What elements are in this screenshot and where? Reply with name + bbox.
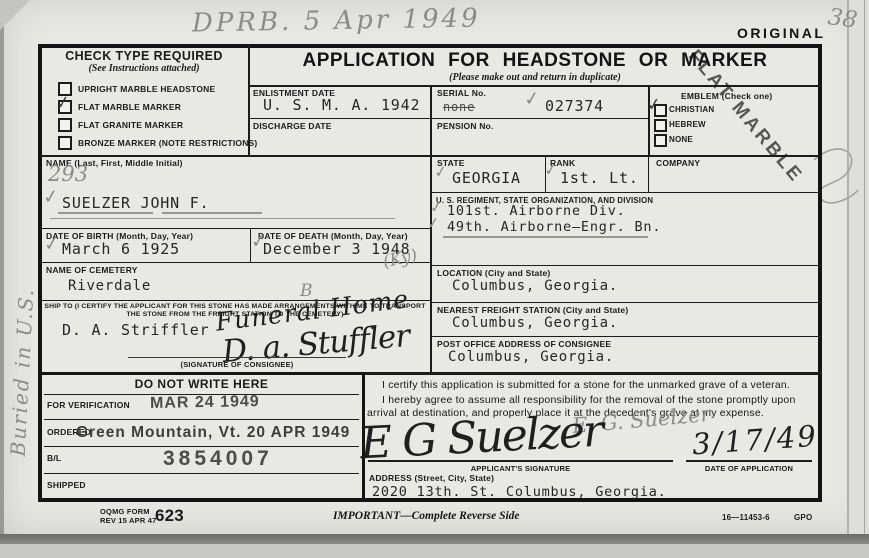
paper-corner-fold	[0, 0, 30, 30]
signature-line	[128, 357, 346, 358]
form-title: APPLICATION FOR HEADSTONE OR MARKER	[248, 50, 822, 72]
certification-line1: I certify this application is submitted …	[382, 379, 790, 391]
pension-label: PENSION No.	[437, 121, 494, 131]
serial-label: SERIAL No.	[437, 88, 486, 98]
divider	[40, 262, 430, 263]
consignee-value: D. A. Striffler	[62, 321, 209, 339]
checkbox-hebrew	[654, 119, 667, 132]
check-type-subheading: (See Instructions attached)	[40, 63, 248, 74]
scanned-headstone-application: DPRB. 5 Apr 1949 ORIGINAL 38 FLAT MARBLE…	[0, 0, 869, 558]
regiment-line1: 101st. Airborne Div.	[447, 203, 626, 219]
check-type-heading: CHECK TYPE REQUIRED	[40, 49, 248, 63]
address-value: 2020 13th. St. Columbus, Georgia.	[372, 484, 667, 500]
divider	[44, 473, 359, 474]
underlying-sheet-edge	[0, 544, 869, 558]
discharge-label: DISCHARGE DATE	[253, 121, 332, 131]
emblem-option-label: HEBREW	[669, 120, 706, 129]
torn-bottom-edge	[0, 534, 869, 544]
bl-label: B/L	[47, 453, 61, 463]
birth-value: March 6 1925	[62, 240, 180, 258]
form-subtitle: (Please make out and return in duplicate…	[248, 72, 822, 83]
serial-struck-value: none	[443, 100, 475, 114]
checkbox-flat-granite	[58, 118, 72, 132]
important-note: IMPORTANT—Complete Reverse Side	[333, 510, 520, 522]
verification-label: FOR VERIFICATION	[47, 400, 130, 410]
paper-right-edge-line	[864, 0, 865, 534]
location-label: LOCATION (City and State)	[437, 268, 550, 278]
serial-value: 027374	[545, 97, 604, 115]
pencil-checkmark: ✓	[426, 213, 441, 233]
cemetery-label: NAME OF CEMETERY	[46, 265, 138, 275]
divider	[430, 302, 822, 303]
freight-value: Columbus, Georgia.	[452, 315, 618, 331]
divider	[363, 372, 822, 375]
checkbox-bronze	[58, 136, 72, 150]
signature-line	[686, 460, 812, 462]
pencil-checkmark: ✓	[646, 94, 663, 116]
emblem-option-label: CHRISTIAN	[669, 105, 714, 114]
ordered-stamp: Green Mountain, Vt. 20 APR 1949	[76, 424, 350, 442]
pencil-corner-mark: 38	[826, 4, 859, 34]
checkbox-label: BRONZE MARKER (NOTE RESTRICTIONS)	[78, 138, 257, 148]
post-office-value: Columbus, Georgia.	[448, 349, 614, 365]
checkbox-label: UPRIGHT MARBLE HEADSTONE	[78, 84, 215, 94]
emblem-label: EMBLEM (Check one)	[681, 91, 772, 101]
checkbox-none	[654, 134, 667, 147]
divider	[40, 155, 822, 157]
emblem-option-label: NONE	[669, 135, 693, 144]
divider	[44, 419, 359, 420]
divider	[648, 155, 649, 192]
post-office-label: POST OFFICE ADDRESS OF CONSIGNEE	[437, 339, 611, 349]
state-value: GEORGIA	[452, 169, 521, 187]
divider	[430, 192, 822, 193]
pencil-date-note: DPRB. 5 Apr 1949	[192, 3, 481, 38]
original-label: ORIGINAL	[737, 25, 825, 41]
divider	[430, 336, 822, 337]
location-value: Columbus, Georgia.	[452, 278, 618, 294]
pencil-checkmark: ✓	[43, 233, 61, 256]
pencil-underline	[162, 212, 262, 214]
pencil-underline	[58, 212, 153, 214]
office-box-heading: DO NOT WRITE HERE	[42, 377, 361, 391]
pencil-underline	[50, 218, 395, 219]
regiment-line2: 49th. Airborne—Engr. Bn.	[447, 219, 661, 235]
pencil-checkmark: ✓	[523, 87, 542, 111]
pencil-checkmark: ✓	[433, 161, 449, 182]
form-id-line1: OQMG FORM	[100, 507, 150, 516]
print-code: 16—11453-6	[722, 513, 770, 522]
certification-line2: I hereby agree to assume all responsibil…	[382, 394, 796, 406]
shipped-label: SHIPPED	[47, 480, 86, 490]
form-id-line2: REV 15 APR 47	[100, 516, 157, 525]
gpo-label: GPO	[794, 513, 812, 522]
divider	[40, 228, 430, 229]
cemetery-value: Riverdale	[68, 278, 151, 294]
freight-label: NEAREST FREIGHT STATION (City and State)	[437, 305, 628, 315]
divider	[248, 118, 430, 119]
pencil-checkmark: ✓	[543, 159, 559, 180]
pencil-checkmark: ✓	[42, 185, 61, 209]
application-date-label: DATE OF APPLICATION	[686, 464, 812, 473]
divider	[430, 265, 822, 266]
paper-right-edge	[847, 0, 869, 534]
enlistment-value: U. S. M. A. 1942	[263, 96, 420, 114]
checkbox-label: FLAT GRANITE MARKER	[78, 120, 183, 130]
checkbox-label: FLAT MARBLE MARKER	[78, 102, 181, 112]
verification-stamp: MAR 24 1949	[150, 393, 260, 413]
bl-stamp: 3854007	[163, 447, 273, 471]
pencil-underline	[443, 236, 648, 238]
pencil-case-number: 293	[48, 162, 88, 186]
pencil-checkmark: ✓	[55, 92, 72, 114]
rank-value: 1st. Lt.	[560, 169, 639, 187]
signature-line	[368, 460, 673, 462]
company-label: COMPANY	[656, 158, 700, 168]
divider	[430, 118, 648, 119]
address-label: ADDRESS (Street, City, State)	[369, 473, 494, 483]
consignee-caption: (SIGNATURE OF CONSIGNEE)	[128, 360, 346, 369]
name-value: SUELZER JOHN F.	[62, 194, 209, 212]
form-number: 623	[155, 506, 184, 526]
applicant-signature-label: APPLICANT'S SIGNATURE	[368, 464, 673, 473]
